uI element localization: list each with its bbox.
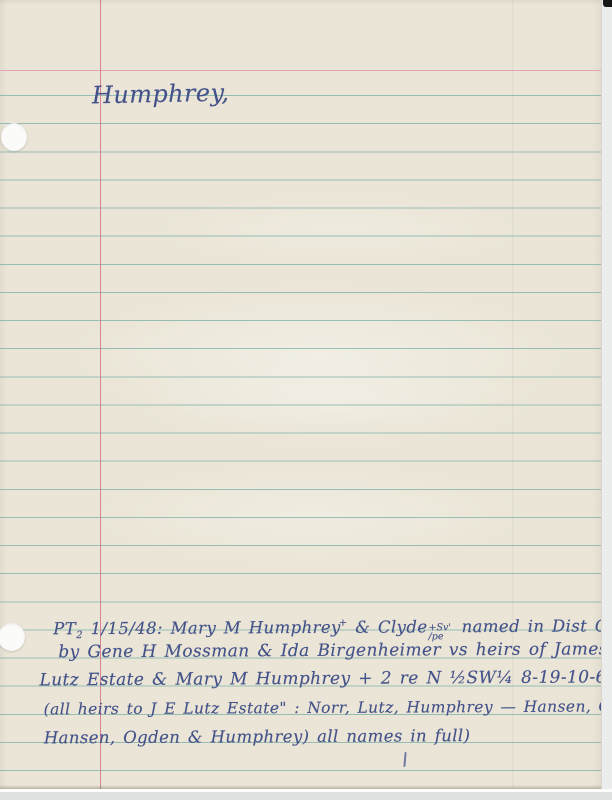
entry-name-2: & Clyde <box>355 617 427 636</box>
scanner-background-right <box>601 0 612 789</box>
interlinear-annotation: +Sv'/pe <box>428 623 451 641</box>
note-line-3: Lutz Estate & Mary M Humphrey + 2 re N ½… <box>39 667 612 691</box>
entry-date: 1/15/48: <box>91 619 163 638</box>
scanned-page: Humphrey, PT2 1/15/48: Mary M Humphrey+ … <box>0 0 612 800</box>
entry-prefix: PT <box>53 619 76 638</box>
entry-clause: named in Dist Ct <box>462 616 612 636</box>
note-line-4: (all heirs to J E Lutz Estate" : Norr, L… <box>44 696 612 719</box>
insertion-caret: + <box>339 618 348 629</box>
note-line-2: by Gene H Mossman & Ida Birgenheimer vs … <box>58 639 612 663</box>
note-entry: PT2 1/15/48: Mary M Humphrey+ & Clyde+Sv… <box>0 0 603 791</box>
entry-prefix-subscript: 2 <box>76 630 83 641</box>
note-line-5: Hansen, Ogden & Humphrey) all names in f… <box>44 725 471 748</box>
entry-name-1: Mary M Humphrey <box>171 618 341 638</box>
scanner-background-bottom <box>0 789 612 800</box>
paper-sheet: Humphrey, PT2 1/15/48: Mary M Humphrey+ … <box>0 0 601 789</box>
scan-corner-mark <box>603 0 612 7</box>
